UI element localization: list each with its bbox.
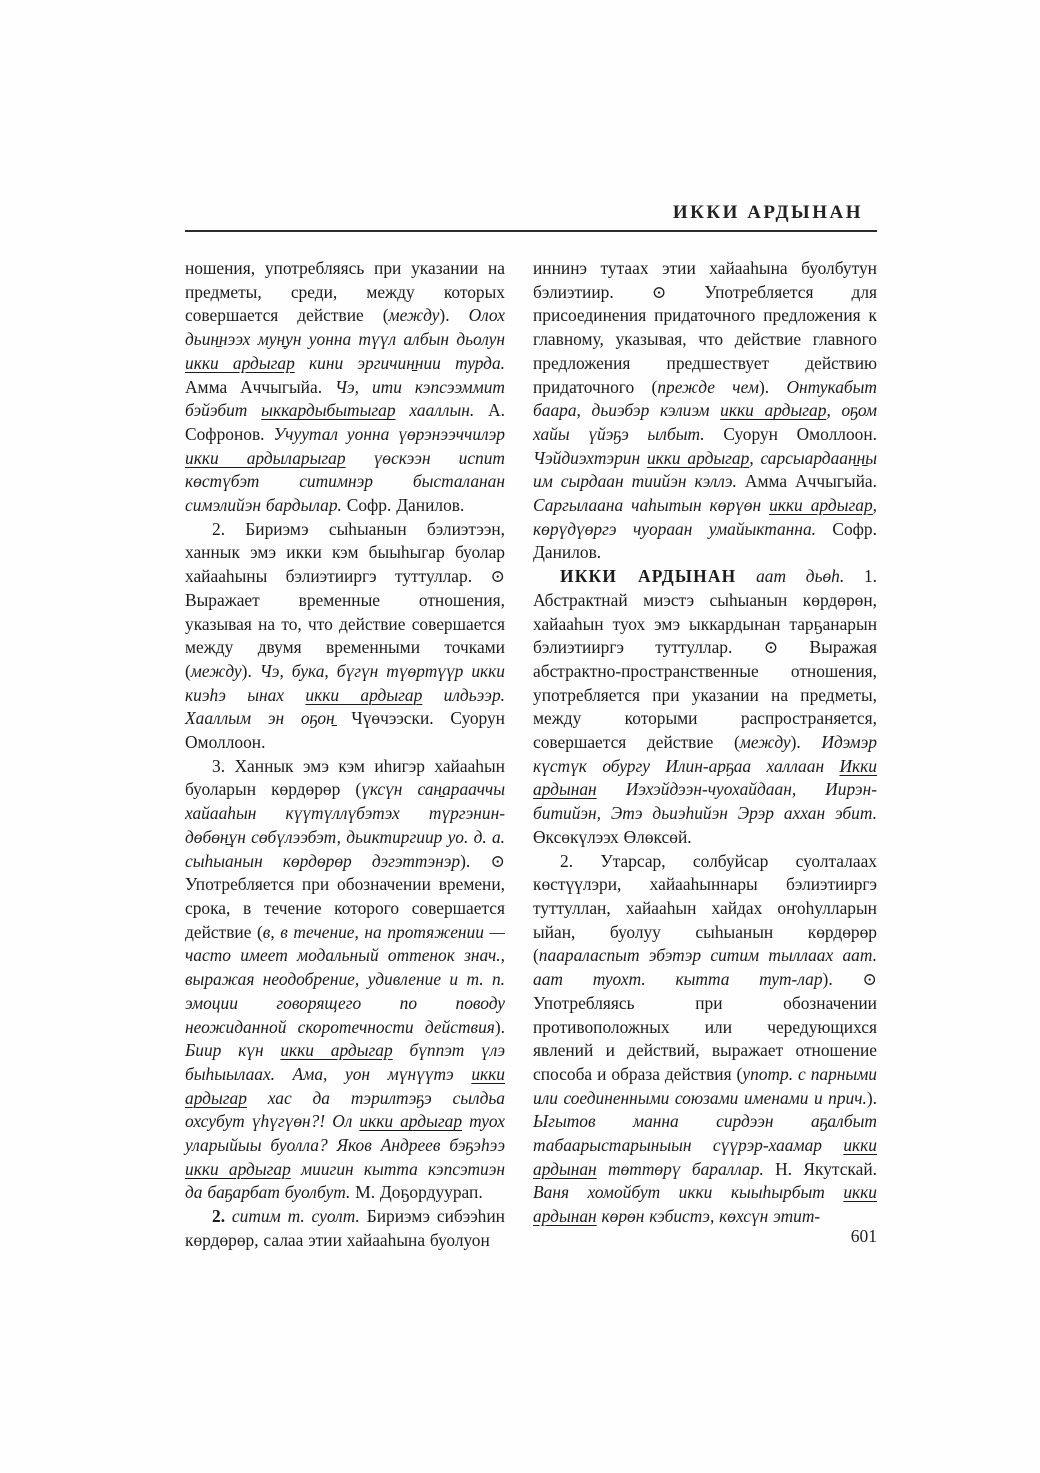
text-run: ). — [759, 377, 787, 397]
text-block: ИККИ АРДЫНАН ношения, употребляясь при у… — [185, 202, 877, 1253]
text-run: аат дьөһ. — [736, 566, 844, 586]
running-head: ИККИ АРДЫНАН — [185, 202, 877, 224]
text-run: икки ардыгар — [185, 1159, 291, 1179]
left-column: ношения, употребляясь при указании на пр… — [185, 257, 505, 1253]
paragraph: ношения, употребляясь при указании на пр… — [185, 257, 505, 518]
text-run: Өксөкүлээх Өлөксөй. — [533, 827, 692, 847]
text-run: төттөрү бараллар. — [597, 1159, 764, 1179]
text-run: Н. Якутскай. — [764, 1159, 877, 1179]
text-run: кини эргичин̱нии турда. — [295, 353, 505, 373]
text-run: икки ардыгар — [305, 685, 422, 705]
paragraph: ИККИ АРДЫНАН аат дьөһ. 1. Абстрактнай ми… — [533, 565, 877, 849]
text-run: между — [389, 305, 440, 325]
text-run: 1. Абстрактнай миэстэ сыһыанын көрдөрөн,… — [533, 566, 877, 752]
text-run: ). — [791, 732, 822, 752]
text-run: ). — [242, 661, 260, 681]
text-run: икки ардыгар — [647, 448, 749, 468]
text-run: хааллын. — [396, 400, 475, 420]
text-run: ). — [495, 1017, 505, 1037]
columns: ношения, употребляясь при указании на пр… — [185, 257, 877, 1253]
header-rule — [185, 230, 877, 232]
text-run: икки ардыгар — [720, 400, 826, 420]
text-run: ). — [867, 1088, 877, 1108]
text-run: ыккардыбытыгар — [261, 400, 395, 420]
text-run: икки ардыгар — [280, 1040, 392, 1060]
text-run: Ваня хомойбут икки кыыһырбыт — [533, 1182, 843, 1202]
text-run: 2. Бириэмэ сыһыанын бэлиэтээн, ханнык эм… — [185, 519, 505, 681]
text-run: икки ардыгар — [359, 1111, 462, 1131]
text-run: ). — [439, 305, 468, 325]
text-run: между — [740, 732, 791, 752]
text-run: Суорун Омоллоон. — [705, 424, 877, 444]
text-run: между — [191, 661, 242, 681]
dictionary-page: ИККИ АРДЫНАН ношения, употребляясь при у… — [0, 0, 1040, 1473]
text-run: икки ардыгар — [769, 495, 873, 515]
text-run: Саргылаана чаһытын көрүөн — [533, 495, 769, 515]
paragraph: 2. Бириэмэ сыһыанын бэлиэтээн, ханнык эм… — [185, 518, 505, 755]
paragraph: 2. ситим т. суолт. Бириэмэ сибээһин көрд… — [185, 1205, 505, 1252]
text-run: ИККИ АРДЫНАН — [560, 566, 736, 586]
text-run: икки ардыгар — [185, 353, 295, 373]
text-run: прежде чем — [657, 377, 759, 397]
paragraph: 3. Ханнык эмэ кэм иһигэр хайааһын буолар… — [185, 755, 505, 1205]
text-run: Учуутал уонна үөрэнээччилэр — [273, 424, 505, 444]
text-run: Амма Аччыгыйа. — [185, 377, 335, 397]
text-run: Чэйдиэхтэрин — [533, 448, 647, 468]
text-run: Амма Аччыгыйа. — [737, 471, 877, 491]
text-run: М. Доҕордуурап. — [350, 1182, 482, 1202]
right-column: иннинэ тутаах этии хайааһына буолбутун б… — [533, 257, 877, 1253]
text-run: ситим т. суолт. — [232, 1206, 360, 1226]
text-run: Ыгытов манна сирдээн аҕалбыт табаарыстар… — [533, 1111, 877, 1155]
paragraph: иннинэ тутаах этии хайааһына буолбутун б… — [533, 257, 877, 565]
page-number: 601 — [851, 1226, 877, 1247]
text-run: көрөн кэбистэ, көхсүн этит- — [597, 1206, 821, 1226]
text-run: 2. — [212, 1206, 232, 1226]
text-run: икки ардыларыгар — [185, 448, 346, 468]
text-run: Софр. Данилов. — [342, 495, 464, 515]
paragraph: 2. Утарсар, солбуйсар суолталаах көстүүл… — [533, 850, 877, 1229]
text-run: Биир күн — [185, 1040, 280, 1060]
